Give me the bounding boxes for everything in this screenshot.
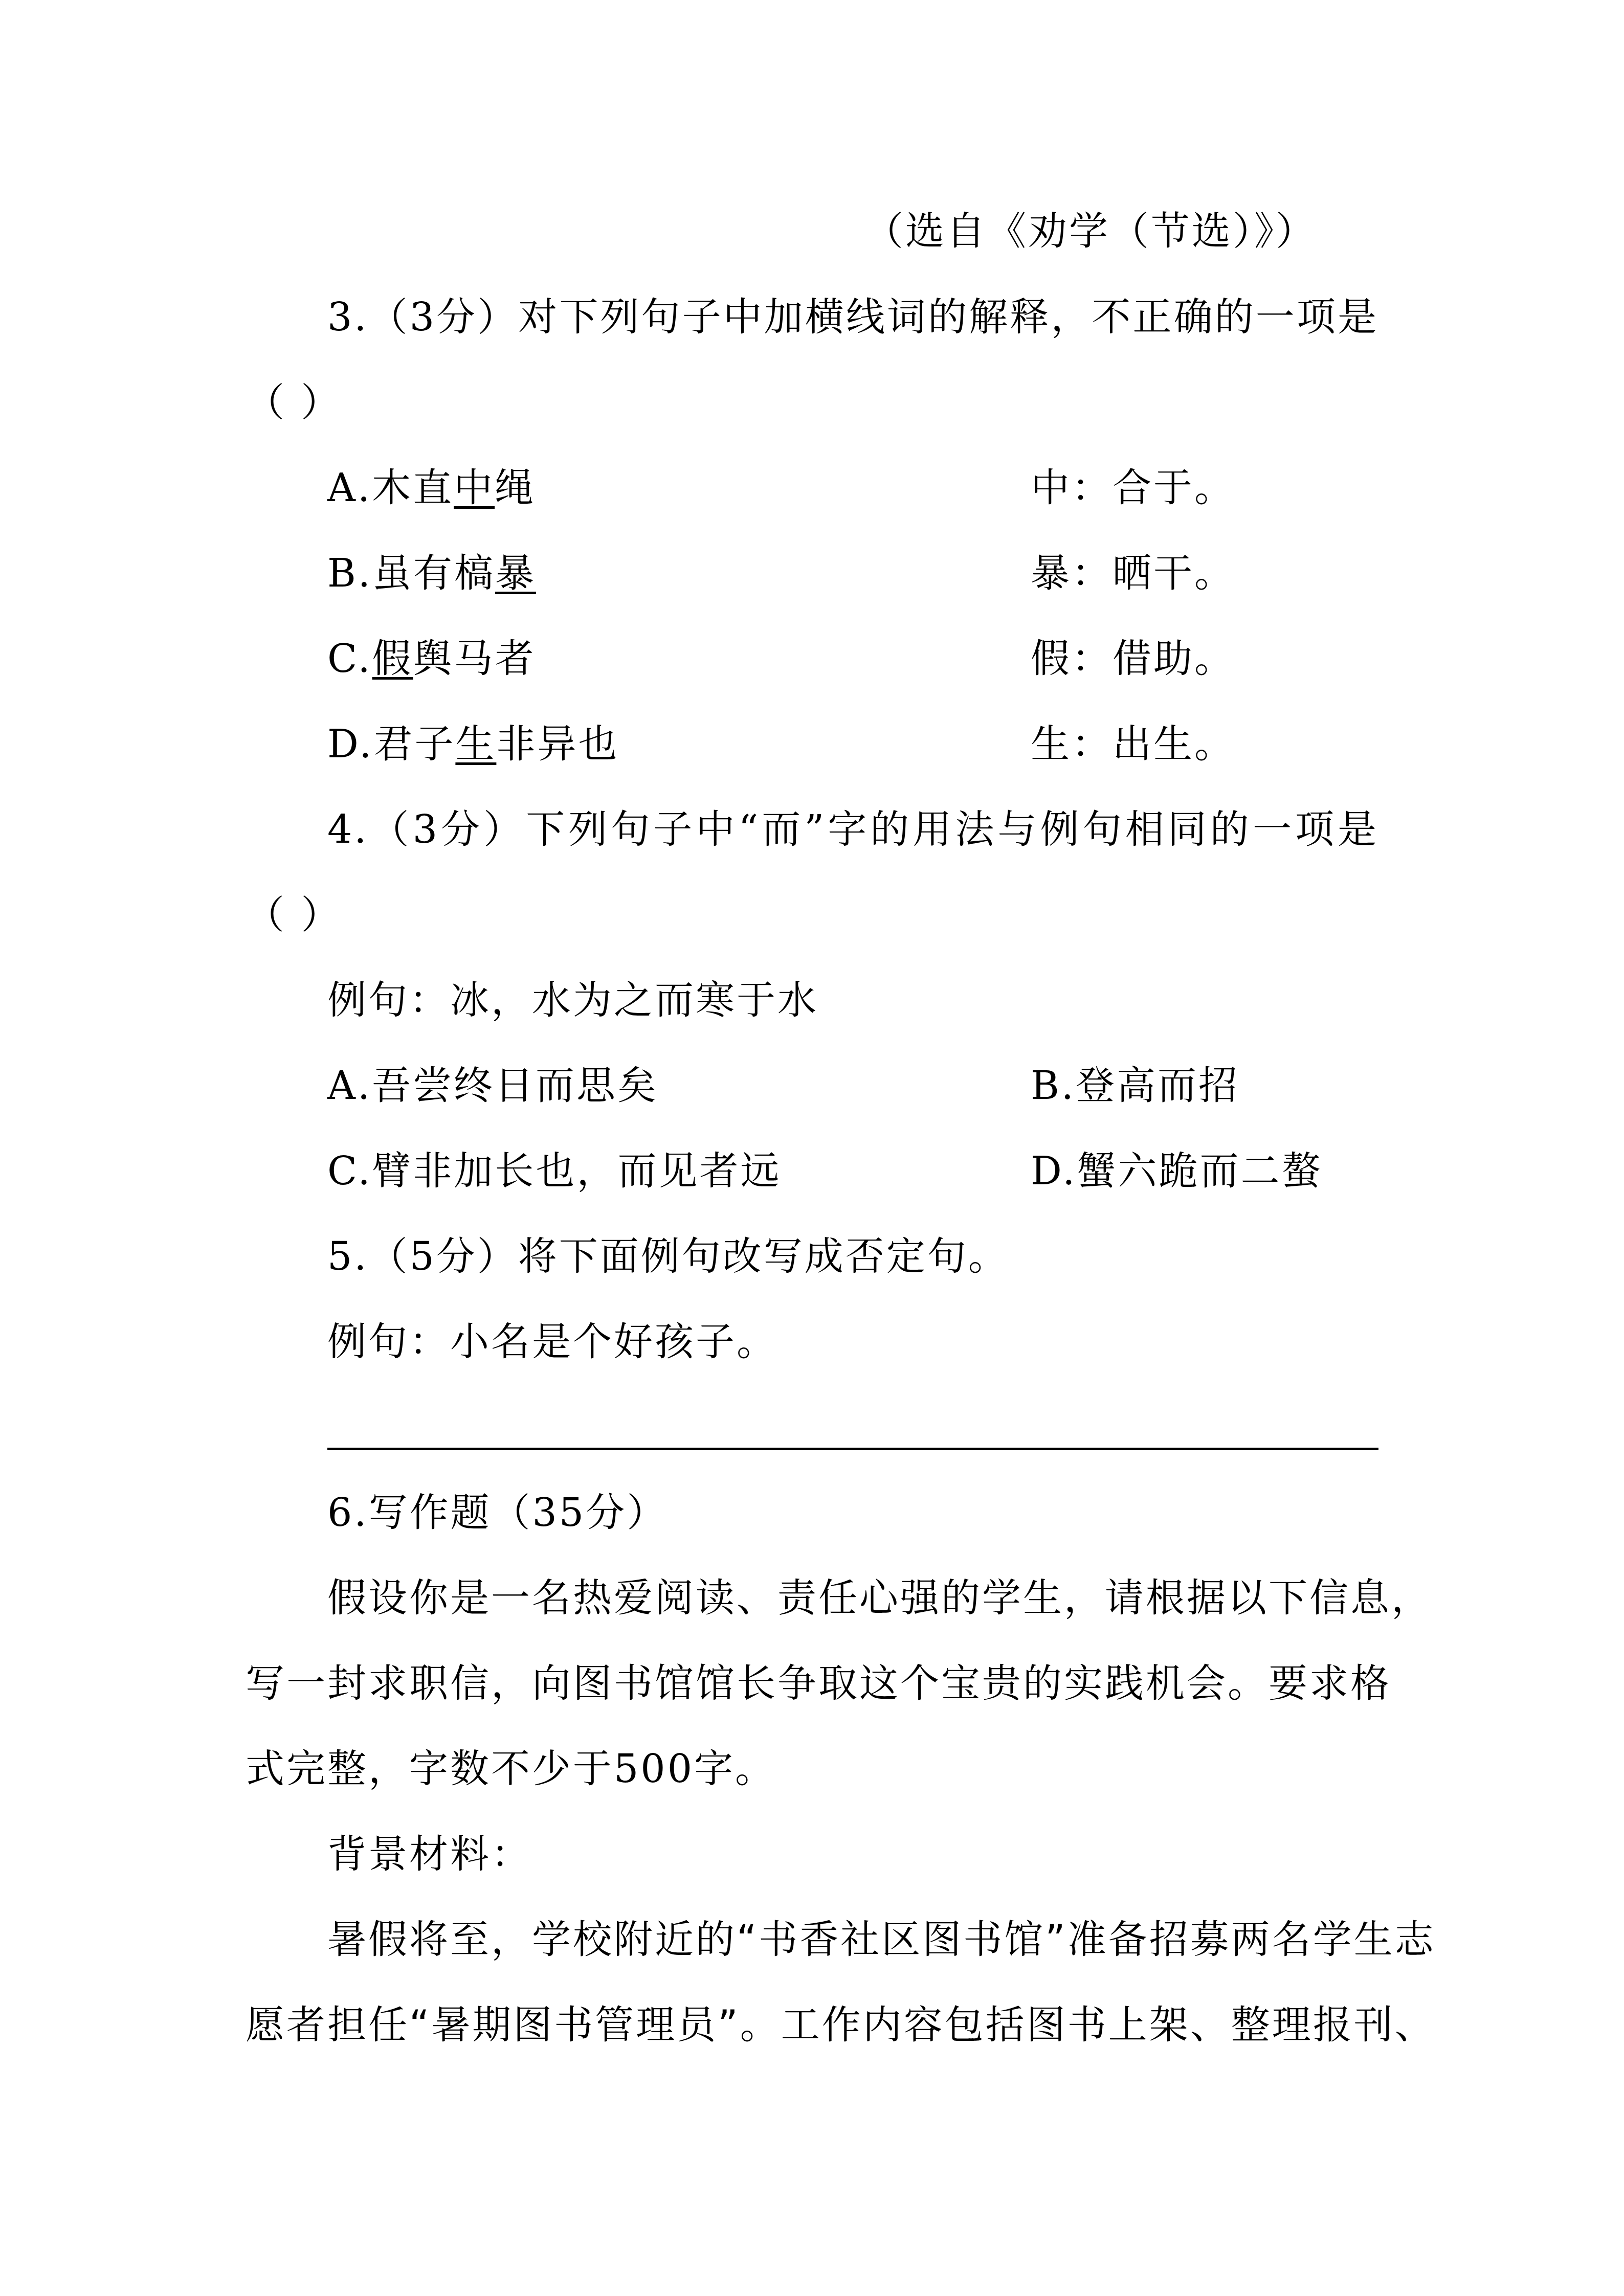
question-4-option-a[interactable]: A.吾尝终日而思矣	[327, 1060, 658, 1111]
question-3-option-d-explanation: 生：出生。	[1031, 718, 1235, 770]
option-label: A.	[327, 465, 372, 510]
question-6-prompt-line-2: 写一封求职信，向图书馆馆长争取这个宝贵的实践机会。要求格	[246, 1658, 1378, 1709]
question-4-example: 例句：冰，水为之而寒于水	[327, 975, 818, 1026]
underlined-word: 生	[455, 721, 496, 767]
question-6-background-label: 背景材料：	[327, 1829, 532, 1880]
question-5-example: 例句：小名是个好孩子。	[327, 1316, 777, 1367]
question-3-answer-blank[interactable]: （ ）	[246, 377, 342, 428]
option-label: D.	[327, 721, 373, 767]
question-4-option-b[interactable]: B.登高而招	[1031, 1060, 1239, 1111]
question-5-answer-line[interactable]	[327, 1448, 1378, 1450]
question-3-option-a-explanation: 中：合于。	[1031, 462, 1235, 513]
option-text: 绳	[495, 465, 536, 510]
option-text: 非异也	[496, 721, 619, 767]
question-3-option-b-explanation: 暴：晒干。	[1031, 548, 1235, 599]
question-3-stem: 3.（3分）对下列句子中加横线词的解释，不正确的一项是	[327, 291, 1378, 343]
question-6-title: 6.写作题（35分）	[327, 1487, 668, 1538]
question-3-option-c-explanation: 假：借助。	[1031, 633, 1235, 684]
underlined-word: 暴	[495, 550, 536, 596]
underlined-word: 中	[454, 465, 495, 510]
option-text: 木直	[372, 465, 454, 510]
question-5-stem: 5.（5分）将下面例句改写成否定句。	[327, 1231, 1009, 1282]
question-6-prompt-line-3: 式完整，字数不少于500字。	[246, 1743, 776, 1794]
question-3-option-a[interactable]: A.木直中绳	[327, 462, 536, 513]
underlined-word: 假	[372, 636, 413, 681]
question-6-background-line-2: 愿者担任“暑期图书管理员”。工作内容包括图书上架、整理报刊、	[246, 1999, 1378, 2051]
question-4-stem: 4.（3分）下列句子中“而”字的用法与例句相同的一项是	[327, 804, 1378, 855]
question-6-background-line-1: 暑假将至，学校附近的“书香社区图书馆”准备招募两名学生志	[327, 1914, 1378, 1965]
question-4-answer-blank[interactable]: （ ）	[246, 889, 342, 940]
question-4-option-d[interactable]: D.蟹六跪而二螯	[1031, 1145, 1322, 1197]
option-text: 舆马者	[413, 636, 536, 681]
question-6-prompt-line-1: 假设你是一名热爱阅读、责任心强的学生，请根据以下信息，	[327, 1572, 1378, 1624]
question-4-option-c[interactable]: C.臂非加长也，而见者远	[327, 1145, 782, 1197]
question-3-option-c[interactable]: C.假舆马者	[327, 633, 536, 684]
question-3-option-d[interactable]: D.君子生非异也	[327, 718, 619, 770]
question-3-option-b[interactable]: B.虽有槁暴	[327, 548, 536, 599]
source-citation: （选自《劝学（节选）》）	[864, 206, 1317, 257]
option-label: B.	[327, 550, 372, 596]
option-text: 君子	[373, 721, 455, 767]
option-text: 虽有槁	[372, 550, 495, 596]
option-label: C.	[327, 636, 372, 681]
